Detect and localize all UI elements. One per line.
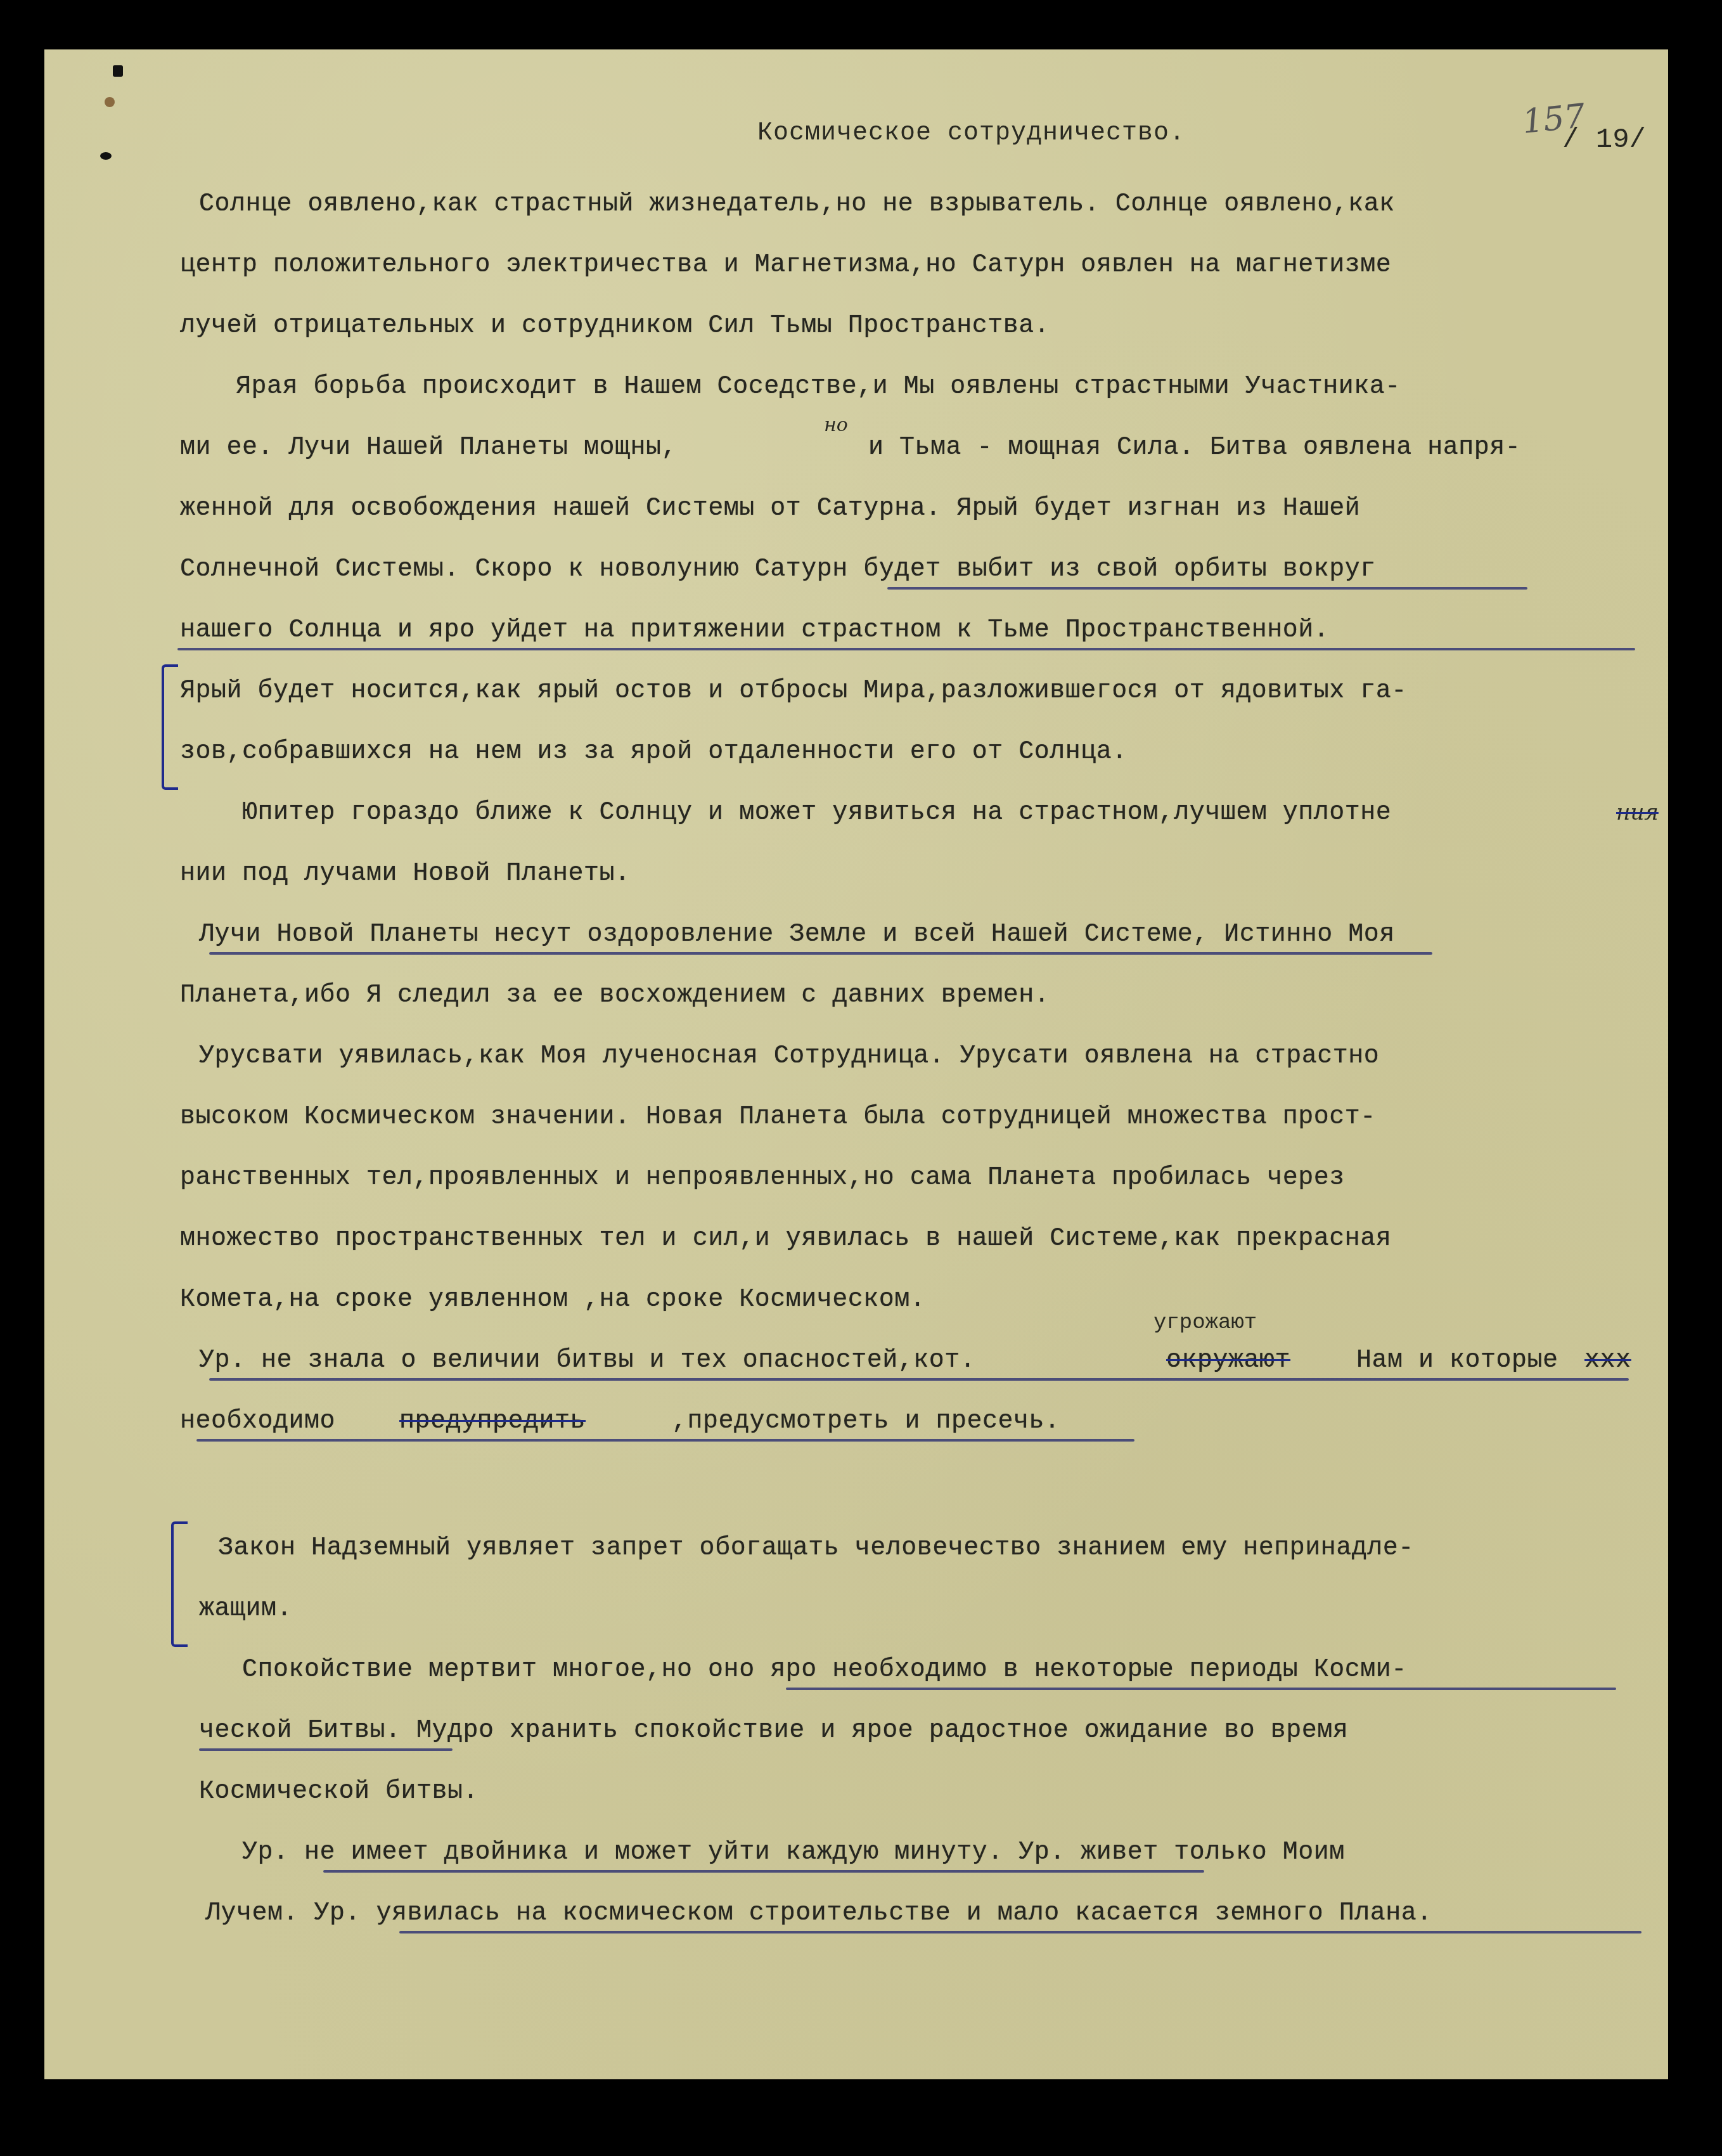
text-line: Планета,ибо Я следил за ее восхождением … [180,981,1050,1010]
pen-underline [177,648,1635,650]
text-line: Нам и которые [1356,1346,1558,1375]
typed-insertion: угрожают [1153,1311,1257,1335]
document-title: Космическое сотрудничество. [757,119,1185,148]
text-line: женной для освобождения нашей Системы от… [180,494,1360,523]
text-line: Солнечной Системы. Скоро к новолунию Сат… [180,555,1376,584]
text-line: Юпитер гораздо ближе к Солнцу и может уя… [242,799,1391,827]
text-line: ранственных тел,проявленных и непроявлен… [180,1164,1345,1192]
text-line: Солнце оявлено,как страстный жизнедатель… [199,190,1395,219]
struck-word: окружают [1166,1346,1290,1375]
text-line: Комета,на сроке уявленном ,на сроке Косм… [180,1286,925,1314]
pen-underline [199,1748,453,1751]
pen-underline [196,1439,1134,1442]
pen-underline [399,1931,1642,1933]
margin-bracket [162,664,178,790]
stain-mark [105,97,115,107]
text-line: Лучем. Ур. уявилась на космическом строи… [205,1899,1432,1928]
text-line: Ур. не имеет двойника и может уйти кажду… [242,1838,1345,1867]
pen-underline [209,1378,1629,1381]
pen-underline [323,1870,1204,1873]
text-line: ,предусмотреть и пресечь. [672,1407,1060,1436]
text-line: ми ее. Лучи Нашей Планеты мощны, [180,434,677,462]
struck-word: ххх [1584,1346,1631,1375]
text-line: ческой Битвы. Мудро хранить спокойствие … [199,1717,1348,1745]
text-line: лучей отрицательных и сотрудником Сил Ть… [180,312,1050,340]
text-line: Ярая борьба происходит в Нашем Соседстве… [236,373,1401,401]
text-line: нашего Солнца и яро уйдет на притяжении … [180,616,1329,645]
struck-word: предупредить [399,1407,586,1436]
text-line: Ур. не знала о величии битвы и тех опасн… [199,1346,975,1375]
text-line: Ярый будет носится,как ярый остов и отбр… [180,677,1407,706]
text-line: зов,собравшихся на нем из за ярой отдале… [180,738,1128,766]
text-line: Спокойствие мертвит многое,но оно яро не… [242,1656,1407,1684]
margin-bracket [171,1521,188,1647]
punch-hole [113,65,123,77]
text-line: высоком Космическом значении. Новая План… [180,1103,1376,1132]
pen-underline [209,952,1432,955]
handwritten-insertion: но [824,414,848,436]
text-line: жащим. [199,1595,292,1623]
typed-page-number: / 19/ [1562,124,1646,156]
text-line: множество пространственных тел и сил,и у… [180,1225,1391,1253]
punch-hole [100,152,112,160]
text-line: необходимо [180,1407,335,1436]
text-line: нии под лучами Новой Планеты. [180,860,631,888]
pen-underline [786,1688,1616,1690]
text-line: Урусвати уявилась,как Моя лученосная Сот… [199,1042,1379,1071]
text-line: центр положительного электричества и Маг… [180,251,1391,280]
pen-underline [887,587,1527,590]
text-line: Закон Надземный уявляет запрет обогащать… [218,1534,1414,1563]
text-line: Лучи Новой Планеты несут оздоровление Зе… [199,920,1395,949]
handwritten-strikeout: ния [1616,800,1659,825]
document-page: Космическое сотрудничество. 157 / 19/ Со… [44,49,1668,2079]
text-line: Космической битвы. [199,1778,479,1806]
text-line: и Тьма - мощная Сила. Битва оявлена напр… [868,434,1520,462]
